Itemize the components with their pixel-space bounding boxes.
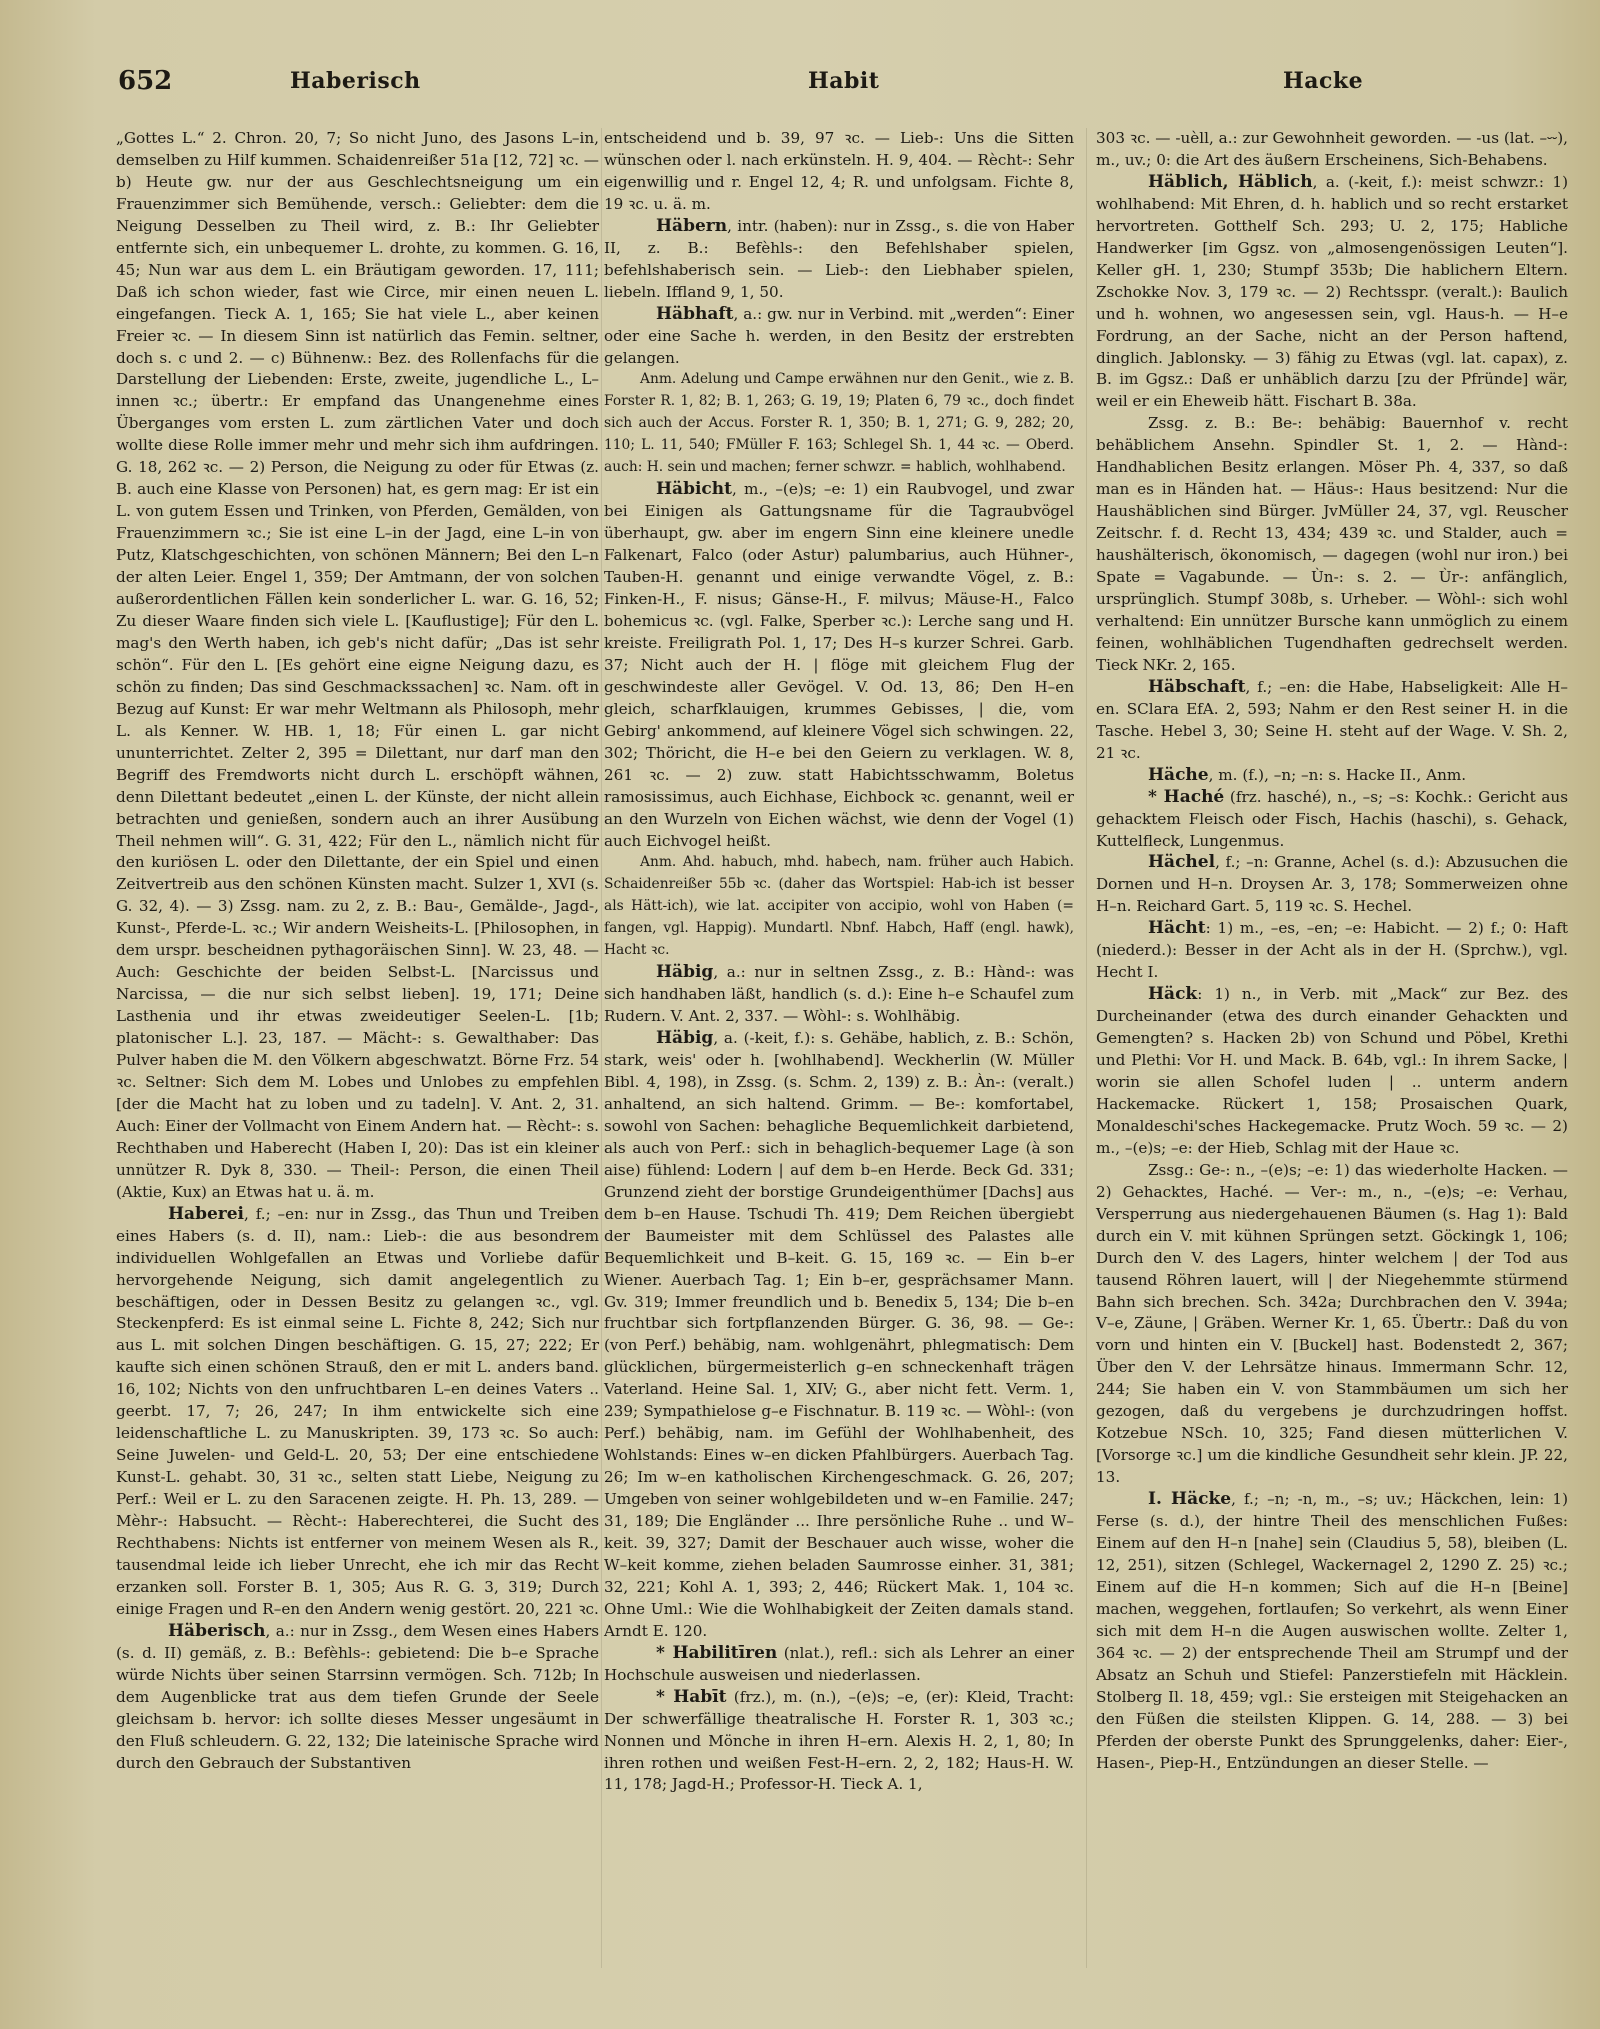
page-header: 652 Haberisch Habit Hacke	[0, 66, 1600, 106]
dictionary-entry: Häblich, Häblich, a. (-keit, f.): meist …	[1096, 172, 1568, 413]
dictionary-page: 652 Haberisch Habit Hacke „Gottes L.“ 2.…	[0, 0, 1600, 2029]
dictionary-entry: „Gottes L.“ 2. Chron. 20, 7; So nicht Ju…	[116, 128, 599, 1204]
dictionary-entry: Hächt: 1) m., –es, –en; –e: Habicht. — 2…	[1096, 918, 1568, 984]
entry-body: , a.: nur in Zssg., dem Wesen eines Habe…	[116, 1622, 599, 1772]
entry-headword: Häberisch	[168, 1621, 265, 1641]
dictionary-entry: 303 ꝛc. — -uèll, a.: zur Gewohnheit gewo…	[1096, 128, 1568, 172]
entry-body: Anm. Ahd. habuch, mhd. habech, nam. früh…	[604, 854, 1074, 958]
dictionary-entry: Häbhaft, a.: gw. nur in Verbind. mit „we…	[604, 304, 1074, 370]
dictionary-entry: Häberisch, a.: nur in Zssg., dem Wesen e…	[116, 1621, 599, 1775]
entry-headword: Häbern	[656, 216, 727, 236]
dictionary-entry: Zssg.: Ge-: n., –(e)s; –e: 1) das wieder…	[1096, 1160, 1568, 1489]
entry-body: 303 ꝛc. — -uèll, a.: zur Gewohnheit gewo…	[1096, 129, 1568, 169]
entry-body: , m. (f.), –n; –n: s. Hacke II., Anm.	[1209, 766, 1467, 784]
column-divider	[601, 128, 602, 1968]
entry-headword: I. Häcke	[1148, 1489, 1231, 1509]
dictionary-entry: entscheidend und b. 39, 97 ꝛc. — Lieb-: …	[604, 128, 1074, 216]
entry-headword: Häche	[1148, 765, 1209, 785]
dictionary-entry: Häbig, a.: nur in seltnen Zssg., z. B.: …	[604, 962, 1074, 1028]
dictionary-entry: Häbern, intr. (haben): nur in Zssg., s. …	[604, 216, 1074, 304]
left-running-headword: Haberisch	[290, 68, 421, 94]
entry-headword: Hächel	[1148, 852, 1215, 872]
entry-body: entscheidend und b. 39, 97 ꝛc. — Lieb-: …	[604, 129, 1074, 213]
column-middle: entscheidend und b. 39, 97 ꝛc. — Lieb-: …	[604, 128, 1074, 1796]
entry-body: , a. (-keit, f.): s. Gehäbe, hablich, z.…	[604, 1029, 1074, 1640]
entry-body: , f.; –n; -n, m., –s; uv.; Häckchen, lei…	[1096, 1490, 1568, 1771]
entry-headword: Hächt	[1148, 918, 1206, 938]
entry-headword: * Haché	[1148, 787, 1224, 807]
entry-headword: Häbig	[656, 962, 713, 982]
dictionary-entry: * Habīt (frz.), m. (n.), –(e)s; –e, (er)…	[604, 1687, 1074, 1797]
entry-headword: Häbig	[656, 1028, 713, 1048]
dictionary-entry: Häck: 1) n., in Verb. mit „Mack“ zur Bez…	[1096, 984, 1568, 1160]
dictionary-entry: Häbschaft, f.; –en: die Habe, Habseligke…	[1096, 677, 1568, 765]
entry-headword: Häbicht	[656, 479, 732, 499]
dictionary-entry: * Habilitīren (nlat.), refl.: sich als L…	[604, 1643, 1074, 1687]
annotation-paragraph: Anm. Adelung und Campe erwähnen nur den …	[604, 369, 1074, 479]
entry-headword: Haberei	[168, 1204, 244, 1224]
entry-body: Anm. Adelung und Campe erwähnen nur den …	[604, 371, 1074, 475]
entry-headword: * Habīt	[656, 1687, 727, 1707]
dictionary-entry: Zssg. z. B.: Be-: behäbig: Bauernhof v. …	[1096, 413, 1568, 676]
dictionary-entry: Häbig, a. (-keit, f.): s. Gehäbe, hablic…	[604, 1028, 1074, 1643]
entry-headword: Häbhaft	[656, 304, 734, 324]
entry-body: „Gottes L.“ 2. Chron. 20, 7; So nicht Ju…	[116, 129, 599, 1201]
dictionary-entry: Häbicht, m., –(e)s; –e: 1) ein Raubvogel…	[604, 479, 1074, 852]
entry-body: , a. (-keit, f.): meist schwzr.: 1) wohl…	[1096, 173, 1568, 411]
column-divider	[1086, 128, 1087, 1968]
annotation-paragraph: Anm. Ahd. habuch, mhd. habech, nam. früh…	[604, 852, 1074, 962]
entry-headword: * Habilitīren	[656, 1643, 777, 1663]
right-running-headword: Hacke	[1283, 68, 1363, 94]
dictionary-entry: * Haché (frz. hasché), n., –s; –s: Kochk…	[1096, 787, 1568, 853]
page-number: 652	[118, 66, 172, 96]
dictionary-entry: Häche, m. (f.), –n; –n: s. Hacke II., An…	[1096, 765, 1568, 787]
dictionary-entry: Haberei, f.; –en: nur in Zssg., das Thun…	[116, 1204, 599, 1621]
entry-body: , f.; –en: nur in Zssg., das Thun und Tr…	[116, 1205, 599, 1618]
entry-headword: Häck	[1148, 984, 1197, 1004]
center-running-headword: Habit	[808, 68, 879, 94]
dictionary-entry: I. Häcke, f.; –n; -n, m., –s; uv.; Häckc…	[1096, 1489, 1568, 1774]
column-right: 303 ꝛc. — -uèll, a.: zur Gewohnheit gewo…	[1096, 128, 1568, 1774]
entry-body: Zssg.: Ge-: n., –(e)s; –e: 1) das wieder…	[1096, 1161, 1568, 1486]
entry-headword: Häblich, Häblich	[1148, 172, 1313, 192]
entry-headword: Häbschaft	[1148, 677, 1245, 697]
entry-body: , m., –(e)s; –e: 1) ein Raubvogel, und z…	[604, 480, 1074, 849]
entry-body: : 1) n., in Verb. mit „Mack“ zur Bez. de…	[1096, 985, 1568, 1157]
entry-body: Zssg. z. B.: Be-: behäbig: Bauernhof v. …	[1096, 414, 1568, 673]
column-left: „Gottes L.“ 2. Chron. 20, 7; So nicht Ju…	[116, 128, 599, 1774]
dictionary-entry: Hächel, f.; –n: Granne, Achel (s. d.): A…	[1096, 852, 1568, 918]
